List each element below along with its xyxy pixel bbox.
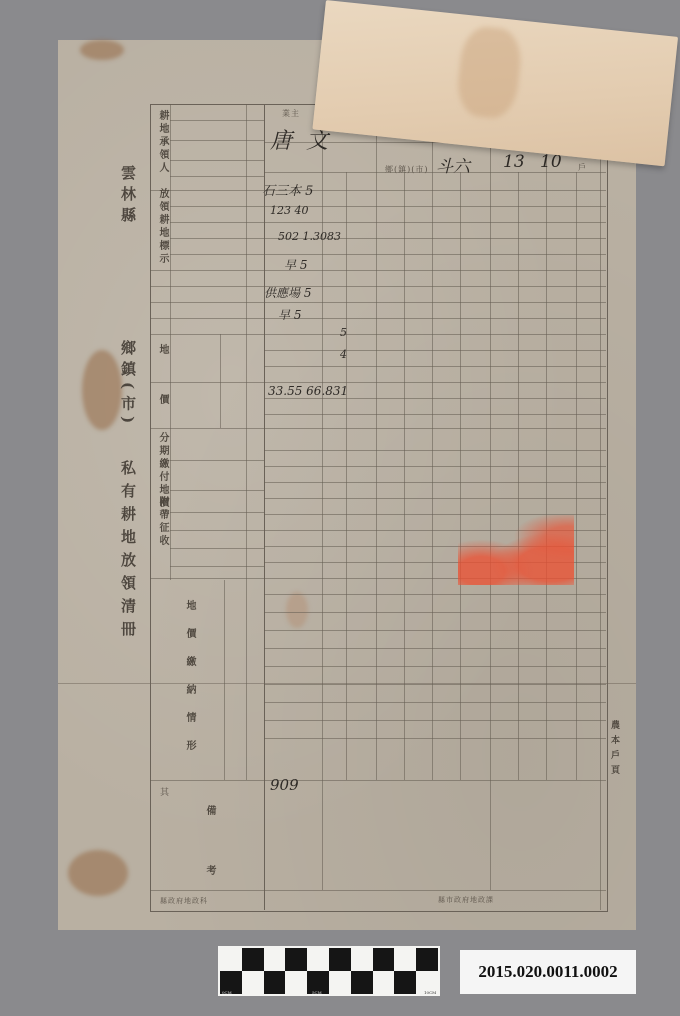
form-title: 私有耕地放領清冊 xyxy=(118,460,139,644)
row-label-lessee: 耕地承領人 xyxy=(155,110,170,175)
scale-label-10: 10CM xyxy=(424,990,436,995)
row-label-other: 其 xyxy=(160,785,170,798)
scale-label-5: 5CM xyxy=(312,990,322,995)
handwritten-entry: 早 5 xyxy=(278,306,301,323)
scale-label-0: 0CM xyxy=(222,990,232,995)
red-seal-stamp xyxy=(458,515,574,585)
scale-bar xyxy=(218,946,440,996)
footer-left: 縣政府地政科 xyxy=(160,896,208,906)
catalog-number-label: 2015.020.0011.0002 xyxy=(460,950,636,994)
row-label-land-price: 地價 xyxy=(155,344,170,444)
row-label-attached: 附帶征收 xyxy=(155,496,170,548)
row-label-land-marking: 放領耕地標示 xyxy=(155,188,170,266)
county-title: 雲林縣 xyxy=(118,165,139,228)
right-margin-label: 農本戶頁 xyxy=(608,720,621,780)
handwritten-entry: 502 1.3083 xyxy=(278,230,341,243)
handwritten-entry: 早 5 xyxy=(284,256,307,273)
handwritten-entry: 石三本 5 xyxy=(262,180,313,199)
village-value: 斗六 xyxy=(436,152,470,177)
stain xyxy=(68,850,128,896)
stain xyxy=(82,350,122,430)
village-label: 鄉(鎮)(市) xyxy=(385,164,428,175)
lin-value: 13 xyxy=(503,152,525,172)
handwritten-note: 909 xyxy=(270,776,299,794)
handwritten-entry: 33.55 66.831 xyxy=(268,384,348,398)
row-label-payment-status: 地價繳納情形 xyxy=(182,600,197,768)
handwritten-entry: 123 40 xyxy=(270,204,309,217)
footer-right: 縣市政府地政課 xyxy=(438,895,494,905)
row-label-remarks: 備考 xyxy=(202,805,217,925)
handwritten-entry: 供應場 5 xyxy=(264,284,311,301)
handwritten-entry: 4 xyxy=(340,348,347,361)
owner-label: 業主 xyxy=(282,108,300,119)
township-title: 鄉鎮(市) xyxy=(118,340,139,429)
hu-label: 戶 xyxy=(578,162,587,173)
stain xyxy=(80,40,124,60)
handwritten-entry: 5 xyxy=(340,326,347,339)
